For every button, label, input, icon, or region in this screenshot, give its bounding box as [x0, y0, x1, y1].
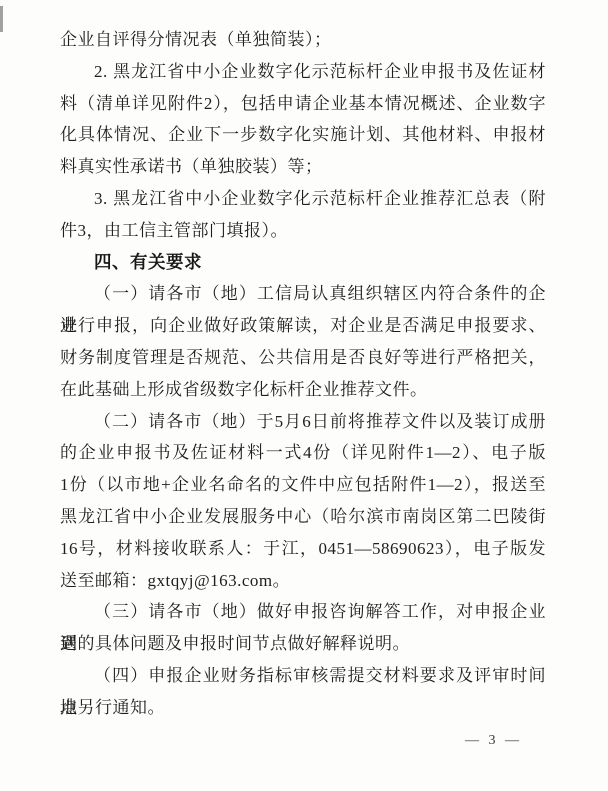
document-text-block: 企业自评得分情况表（单独简装）； 2. 黑龙江省中小企业数字化示范标杆企业申报书…	[60, 24, 546, 724]
doc-line: 到的具体问题及申报时间节点做好解释说明。	[60, 628, 546, 660]
doc-line: （三）请各市（地）做好申报咨询解答工作，对申报企业遇	[60, 596, 546, 628]
scan-artifact	[0, 6, 3, 32]
doc-line: 化具体情况、企业下一步数字化实施计划、其他材料、申报材	[60, 119, 546, 151]
doc-line: 料真实性承诺书（单独胶装）等；	[60, 151, 546, 183]
page-number: — 3 —	[465, 733, 522, 749]
doc-line: 企业自评得分情况表（单独简装）；	[60, 24, 546, 56]
doc-line: 财务制度管理是否规范、公共信用是否良好等进行严格把关，	[60, 342, 546, 374]
scanned-document-page: 企业自评得分情况表（单独简装）； 2. 黑龙江省中小企业数字化示范标杆企业申报书…	[0, 0, 608, 791]
doc-line: 的企业申报书及佐证材料一式4份（详见附件1—2）、电子版	[60, 437, 546, 469]
doc-line: 件3，由工信主管部门填报）。	[60, 215, 546, 247]
doc-line: （四）申报企业财务指标审核需提交材料要求及评审时间地	[60, 660, 546, 692]
doc-line: 点另行通知。	[60, 692, 546, 724]
doc-line: （一）请各市（地）工信局认真组织辖区内符合条件的企业	[60, 278, 546, 310]
doc-line: 送至邮箱：gxtqyj@163.com。	[60, 565, 546, 597]
doc-line: （二）请各市（地）于5月6日前将推荐文件以及装订成册	[60, 406, 546, 438]
doc-line: 3. 黑龙江省中小企业数字化示范标杆企业推荐汇总表（附	[60, 183, 546, 215]
doc-line: 1份（以市地+企业名命名的文件中应包括附件1—2），报送至	[60, 469, 546, 501]
doc-line: 2. 黑龙江省中小企业数字化示范标杆企业申报书及佐证材	[60, 56, 546, 88]
doc-line: 料（清单详见附件2），包括申请企业基本情况概述、企业数字	[60, 88, 546, 120]
doc-line: 进行申报，向企业做好政策解读，对企业是否满足申报要求、	[60, 310, 546, 342]
section-heading-requirements: 四、有关要求	[60, 247, 546, 279]
doc-line: 黑龙江省中小企业发展服务中心（哈尔滨市南岗区第二巴陵街	[60, 501, 546, 533]
doc-line: 16号，材料接收联系人：于江，0451—58690623），电子版发	[60, 533, 546, 565]
doc-line: 在此基础上形成省级数字化标杆企业推荐文件。	[60, 374, 546, 406]
